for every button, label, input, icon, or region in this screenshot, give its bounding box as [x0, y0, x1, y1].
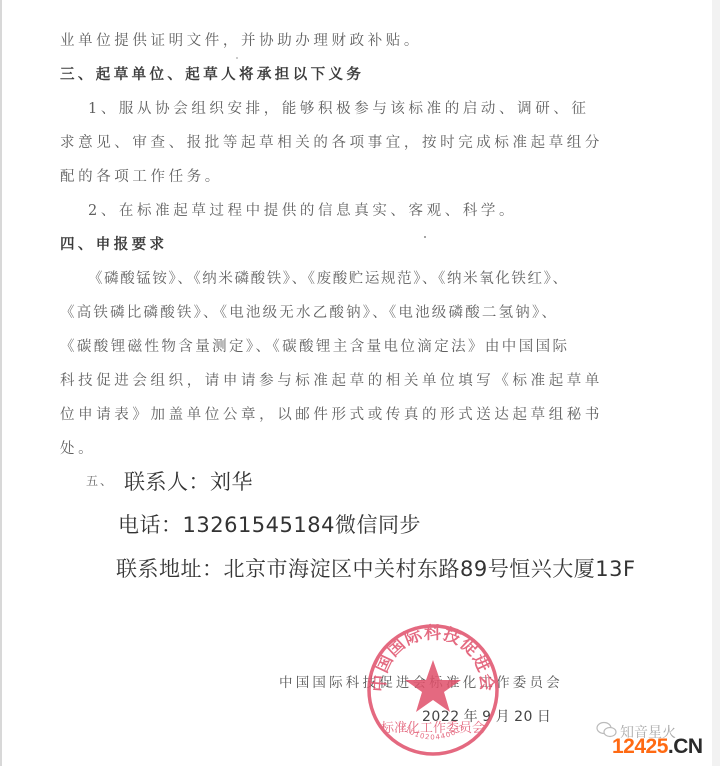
date-year: 2022 [422, 709, 460, 725]
body-line: 1、服从协会组织安排，能够积极参与该标准的启动、调研、征 [88, 97, 590, 118]
date-month-unit: 月 [496, 709, 511, 725]
signing-date: 2022年9月20日 [422, 706, 555, 726]
contact-person: 联系人：刘华 [124, 466, 253, 496]
contact-address: 联系地址：北京市海淀区中关村东路89号恒兴大厦13F [116, 553, 636, 583]
scan-speck [424, 236, 426, 238]
body-line: 求意见、审查、报批等起草相关的各项事宜，按时完成标准起草组分 [60, 131, 603, 152]
date-day-unit: 日 [537, 709, 552, 725]
date-year-unit: 年 [464, 709, 479, 725]
section-heading-requirements: 四、申报要求 [60, 233, 167, 254]
site-logo-watermark: 12425.CN [612, 735, 703, 759]
contact-phone: 电话：13261545184微信同步 [118, 509, 421, 539]
signing-organization: 中国国际科技促进会标准化工作委员会 [279, 671, 563, 691]
body-line: 处。 [60, 437, 96, 458]
site-logo-number: 12425 [612, 735, 668, 758]
body-line: 科技促进会组织，请申请参与标准起草的相关单位填写《标准起草单 [60, 369, 603, 390]
body-line: 《磷酸锰铵》、《纳米磷酸铁》、《废酸贮运规范》、《纳米氧化铁红》、 [88, 267, 569, 288]
body-line: 《碳酸锂磁性物含量测定》、《碳酸锂主含量电位滴定法》由中国国际 [60, 335, 569, 356]
contact-section-number: 五、 [86, 472, 114, 489]
document-page: 业单位提供证明文件，并协助办理财政补贴。 三、起草单位、起草人将承担以下义务 1… [0, 0, 712, 766]
body-line: 2、在标准起草过程中提供的信息真实、客观、科学。 [88, 199, 517, 220]
body-line: 位申请表》加盖单位公章，以邮件形式或传真的形式送达起草组秘书 [60, 403, 603, 424]
site-logo-tld: .CN [668, 735, 703, 758]
body-line: 《高铁磷比磷酸铁》、《电池级无水乙酸钠》、《电池级磷酸二氢钠》、 [60, 301, 558, 322]
body-line: 配的各项工作任务。 [60, 165, 223, 186]
page-right-edge [712, 0, 720, 766]
date-day: 20 [514, 709, 533, 725]
date-month: 9 [482, 709, 491, 725]
body-line: 业单位提供证明文件，并协助办理财政补贴。 [60, 29, 422, 50]
section-heading-obligations: 三、起草单位、起草人将承担以下义务 [60, 63, 364, 84]
scan-speck [236, 57, 238, 59]
